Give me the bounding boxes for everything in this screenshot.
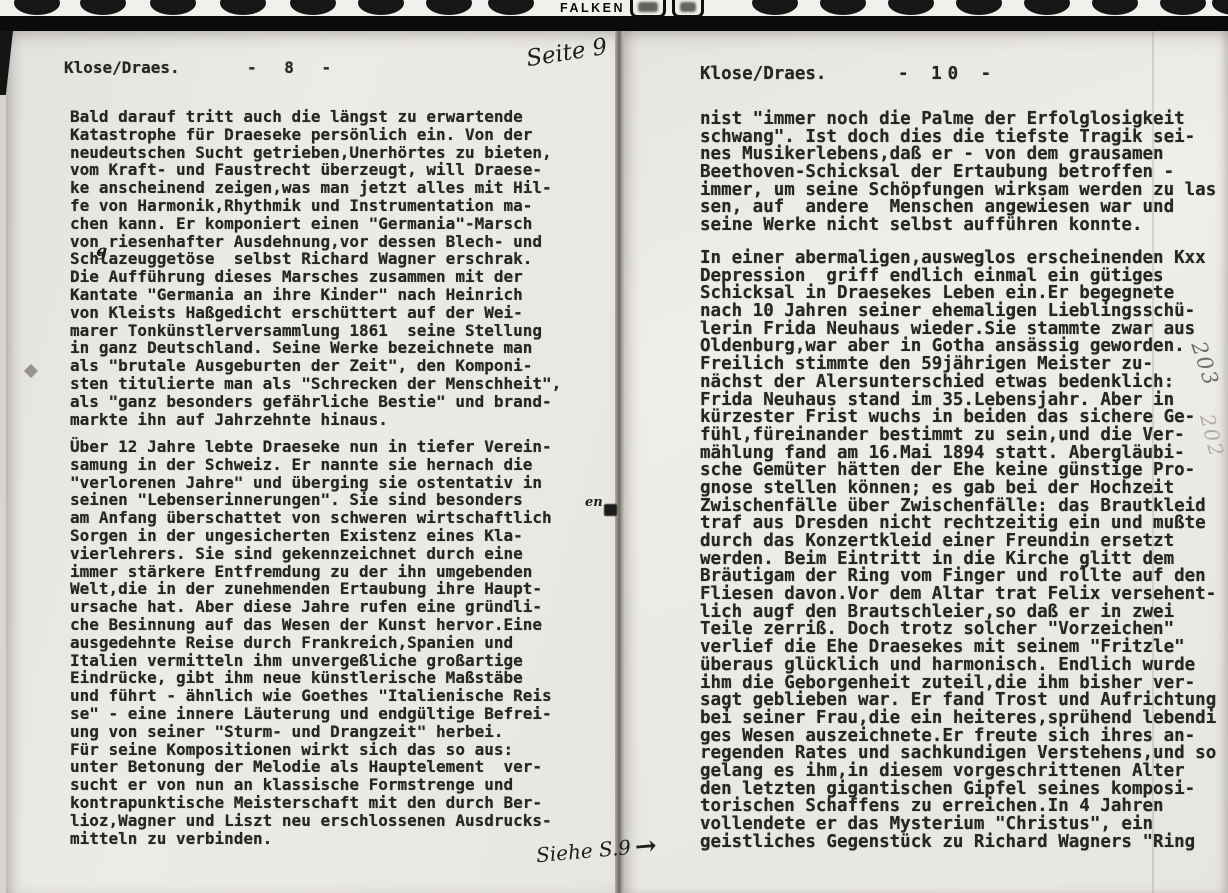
paragraph: In einer abermaligen,ausweglos erscheine… (700, 250, 1216, 851)
text-line: vierlehrers. Sie sind gekennzeichnet dur… (70, 545, 552, 563)
text-line: sten titulierte man als "Schrecken der M… (70, 375, 561, 393)
text-line: Italien vermitteln ihm unvergeßliche gro… (70, 652, 552, 670)
text-line: ausgedehnte Reise durch Frankreich,Spani… (70, 634, 552, 652)
text-line: neudeutschen Sucht getrieben,Unerhörtes … (70, 144, 561, 162)
text-line: Welt,die in der zunehmenden Ertaubung ih… (70, 580, 552, 598)
binder-ring-icon (1024, 0, 1070, 15)
binder-ring-icon (358, 0, 404, 15)
text-line: und führt - ähnlich wie Goethes "Italien… (70, 687, 552, 705)
text-line: fühl,füreinander bestimmt zu sein,und di… (700, 427, 1216, 445)
page-header-left: Klose/Draes. (64, 58, 180, 77)
text-line: als "brutale Ausgeburten der Zeit", den … (70, 357, 561, 375)
text-line: Schlazeuggetöse selbst Richard Wagner er… (70, 250, 561, 268)
text-line: "verlorenen Jahre" und überging sie oste… (70, 474, 552, 492)
binder-ring-icon (290, 0, 336, 15)
text-line: ursache hat. Aber diese Jahre rufen eine… (70, 598, 552, 616)
text-line: Eindrücke, gibt ihm neue künstlerische M… (70, 669, 552, 687)
page-gap-shadow (615, 31, 624, 893)
text-line: seine Werke nicht selbst aufführen konnt… (700, 217, 1216, 235)
binder-brand-label: FALKEN (560, 1, 625, 15)
text-line: gnose stellen können; es gab bei der Hoc… (700, 480, 1216, 498)
text-line: Sorgen in der ungesicherten Existenz ein… (70, 527, 552, 545)
text-line: ung von seiner "Sturm- und Drangzeit" he… (70, 723, 552, 741)
binder-ring-icon (426, 0, 472, 15)
text-line: Für seine Kompositionen wirkt sich das s… (70, 741, 552, 759)
text-line: markte ihn auf Jahrzehnte hinaus. (70, 411, 561, 429)
text-line: Katastrophe für Draeseke persönlich ein.… (70, 126, 561, 144)
text-line: marer Tonkünstlerversammlung 1861 seine … (70, 322, 561, 340)
arrow-right-icon: → (630, 831, 658, 863)
page-header-right: Klose/Draes. (700, 64, 826, 84)
paragraph: Bald darauf tritt auch die längst zu erw… (70, 108, 561, 428)
text-line: am Anfang überschattet von schweren wirt… (70, 509, 552, 527)
text-line: gelang es ihm,in diesem vorgeschrittenen… (700, 763, 1216, 781)
text-line: unter Betonung der Melodie als Hauptelem… (70, 758, 552, 776)
text-line: samung in der Schweiz. Er nannte sie her… (70, 456, 552, 474)
text-line: mitteln zu verbinden. (70, 830, 552, 848)
binder-ring-icon (820, 0, 866, 15)
overtyped-mark (604, 504, 617, 516)
binder-bar (0, 16, 1228, 31)
binder-ring-icon (752, 0, 798, 15)
text-line: che Besinnung auf das Wesen der Kunst he… (70, 616, 552, 634)
scanned-document: FALKEN Klose/Draes. - 8 - Bald darauf tr… (0, 0, 1228, 893)
text-line: vom Kraft- und Faustrecht überzeugt, wil… (70, 161, 561, 179)
text-line: se" - eine innere Läuterung und endgülti… (70, 705, 552, 723)
text-line: lioz,Wagner und Liszt neu erschlossenen … (70, 812, 552, 830)
text-line: geistliches Gegenstück zu Richard Wagner… (700, 834, 1216, 852)
binder-ring-icon (80, 0, 126, 15)
binder-ring-icon (956, 0, 1002, 15)
page-number-right: - 10 - (898, 64, 997, 84)
text-line: von riesenhafter Ausdehnung,vor dessen B… (70, 233, 561, 251)
binder-ring-icon (14, 0, 60, 15)
paragraph: nist "immer noch die Palme der Erfolglos… (700, 111, 1216, 235)
see-note-text: Siehe S.9 (535, 835, 632, 867)
text-line: Bald darauf tritt auch die längst zu erw… (70, 108, 561, 126)
text-line: sucht er von nun an klassische Formstren… (70, 776, 552, 794)
text-line: überaus glücklich und harmonisch. Endlic… (700, 657, 1216, 675)
handwritten-insertion-g: g (96, 241, 107, 260)
text-line: in ganz Deutschland. Seine Werke bezeich… (70, 339, 561, 357)
binder-ring-icon (150, 0, 196, 15)
tag-mark (680, 2, 697, 12)
text-line: kontrapunktische Meisterschaft mit den d… (70, 794, 552, 812)
text-line: seinen "Lebenserinnerungen". Sie sind be… (70, 491, 552, 509)
text-line: Die Aufführung dieses Marsches zusammen … (70, 268, 561, 286)
text-line: Über 12 Jahre lebte Draeseke nun in tief… (70, 438, 552, 456)
tag-mark (638, 2, 657, 12)
text-line: ke anscheinend zeigen,was man jetzt alle… (70, 179, 561, 197)
paragraph: Über 12 Jahre lebte Draeseke nun in tief… (70, 438, 552, 847)
text-line: fe von Harmonik,Rhythmik und Instrumenta… (70, 197, 561, 215)
text-line: chen kann. Er komponiert einen "Germania… (70, 215, 561, 233)
binder-ring-icon (1212, 0, 1228, 15)
text-line: nächst der Alersunterschied etwas bedenk… (700, 374, 1216, 392)
binder-ring-icon (488, 0, 534, 15)
binder-ring-icon (1092, 0, 1138, 15)
text-line: von Kleists Haßgedicht erschüttert auf d… (70, 304, 561, 322)
binder-ring-icon (888, 0, 934, 15)
text-line: Kantate "Germania an ihre Kinder" nach H… (70, 286, 561, 304)
text-line: immer stärkere Entfremdung zu der ihn um… (70, 563, 552, 581)
binder-ring-icon (1160, 0, 1206, 15)
binder-ring-icon (220, 0, 266, 15)
binder-strip: FALKEN (0, 0, 1228, 17)
text-line: bei seiner Frau,die ein heiteres,sprühen… (700, 710, 1216, 728)
page-number-left: - 8 - (247, 58, 340, 77)
text-line: als "ganz besonders gefährliche Bestie" … (70, 393, 561, 411)
handwritten-insertion-en: en (585, 495, 603, 510)
